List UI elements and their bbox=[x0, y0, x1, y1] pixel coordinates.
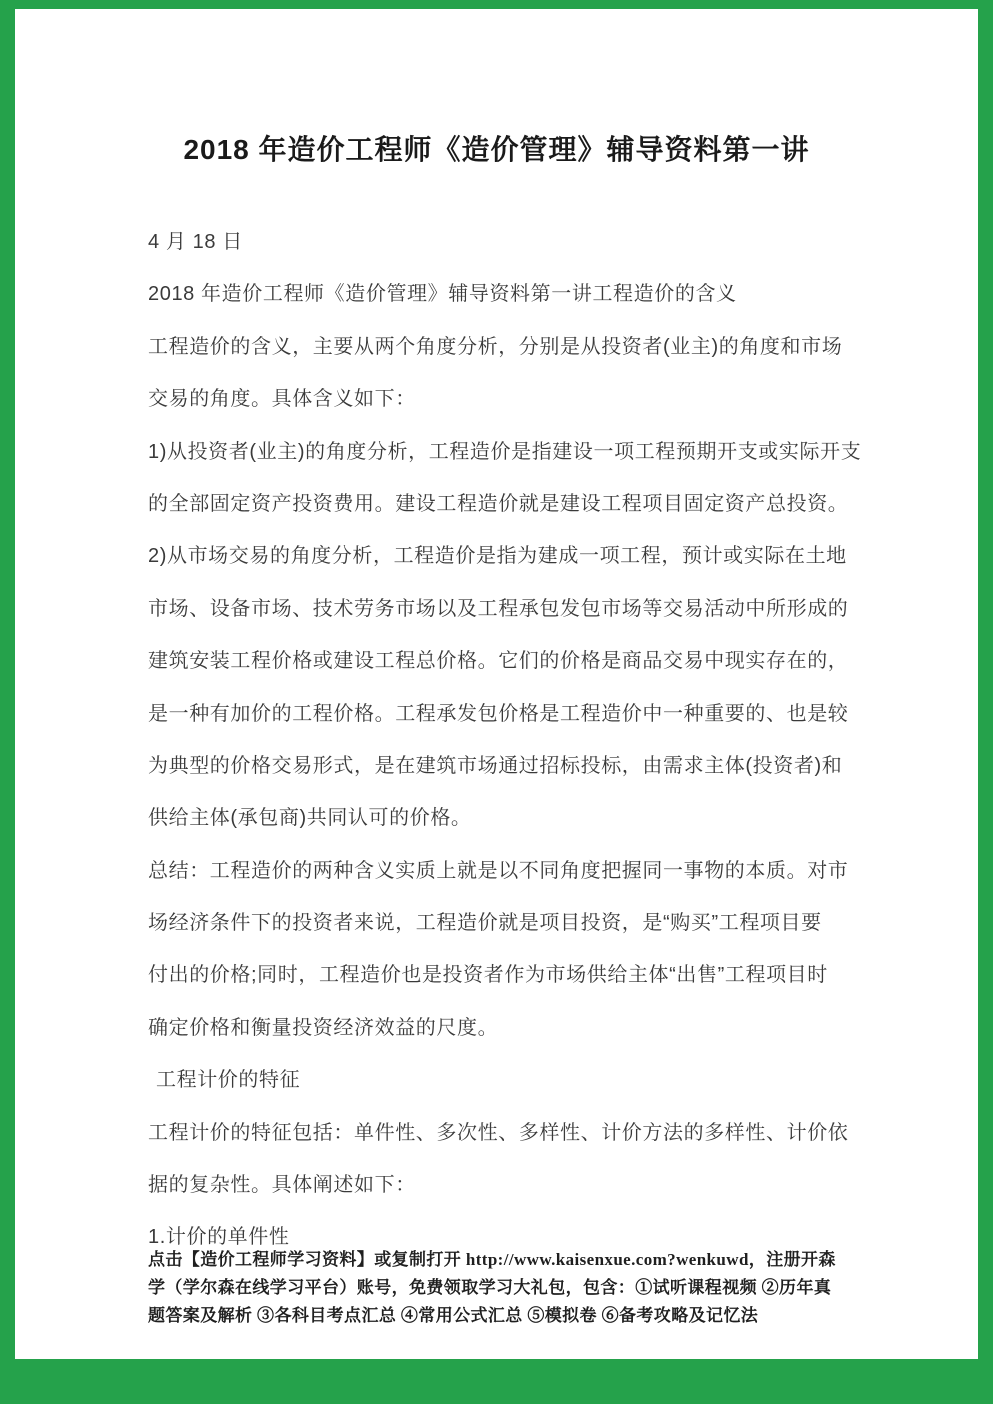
body-line: 总结：工程造价的两种含义实质上就是以不同角度把握同一事物的本质。对市 bbox=[148, 845, 878, 897]
viewer-background: { "colors": { "frame": "#25a24b", "paper… bbox=[0, 0, 993, 1404]
document-body: 4 月 18 日 2018 年造价工程师《造价管理》辅导资料第一讲工程造价的含义… bbox=[148, 216, 878, 1264]
body-line: 市场、设备市场、技术劳务市场以及工程承包发包市场等交易活动中所形成的 bbox=[148, 583, 878, 635]
body-line: 为典型的价格交易形式，是在建筑市场通过招标投标，由需求主体(投资者)和 bbox=[148, 740, 878, 792]
body-line: 场经济条件下的投资者来说，工程造价就是项目投资，是“购买”工程项目要 bbox=[148, 897, 878, 949]
body-line: 交易的角度。具体含义如下： bbox=[148, 373, 878, 425]
body-line: 工程造价的含义，主要从两个角度分析，分别是从投资者(业主)的角度和市场 bbox=[148, 321, 878, 373]
body-line: 工程计价的特征包括：单件性、多次性、多样性、计价方法的多样性、计价依 bbox=[148, 1107, 878, 1159]
footer-line: 点击【造价工程师学习资料】或复制打开 http://www.kaisenxue.… bbox=[148, 1246, 888, 1274]
body-line: 2)从市场交易的角度分析，工程造价是指为建成一项工程，预计或实际在土地 bbox=[148, 530, 878, 582]
date-line: 4 月 18 日 bbox=[148, 216, 878, 268]
body-line: 2018 年造价工程师《造价管理》辅导资料第一讲工程造价的含义 bbox=[148, 268, 878, 320]
body-line: 付出的价格;同时，工程造价也是投资者作为市场供给主体“出售”工程项目时 bbox=[148, 949, 878, 1001]
body-line: 供给主体(承包商)共同认可的价格。 bbox=[148, 792, 878, 844]
body-line: 确定价格和衡量投资经济效益的尺度。 bbox=[148, 1002, 878, 1054]
body-line: 是一种有加价的工程价格。工程承发包价格是工程造价中一种重要的、也是较 bbox=[148, 688, 878, 740]
viewer-frame: 2018 年造价工程师《造价管理》辅导资料第一讲 4 月 18 日 2018 年… bbox=[0, 0, 993, 1404]
body-line: 1)从投资者(业主)的角度分析，工程造价是指建设一项工程预期开支或实际开支 bbox=[148, 426, 878, 478]
promo-footer: 点击【造价工程师学习资料】或复制打开 http://www.kaisenxue.… bbox=[148, 1246, 888, 1331]
document-title: 2018 年造价工程师《造价管理》辅导资料第一讲 bbox=[15, 128, 978, 172]
section-heading-line: 工程计价的特征 bbox=[148, 1054, 878, 1106]
footer-line: 题答案及解析 ③各科目考点汇总 ④常用公式汇总 ⑤模拟卷 ⑥备考攻略及记忆法 bbox=[148, 1302, 888, 1330]
body-line: 的全部固定资产投资费用。建设工程造价就是建设工程项目固定资产总投资。 bbox=[148, 478, 878, 530]
body-line: 据的复杂性。具体阐述如下： bbox=[148, 1159, 878, 1211]
body-line: 建筑安装工程价格或建设工程总价格。它们的价格是商品交易中现实存在的， bbox=[148, 635, 878, 687]
footer-line: 学（学尔森在线学习平台）账号，免费领取学习大礼包，包含：①试听课程视频 ②历年真 bbox=[148, 1274, 888, 1302]
document-page: 2018 年造价工程师《造价管理》辅导资料第一讲 4 月 18 日 2018 年… bbox=[15, 9, 978, 1359]
